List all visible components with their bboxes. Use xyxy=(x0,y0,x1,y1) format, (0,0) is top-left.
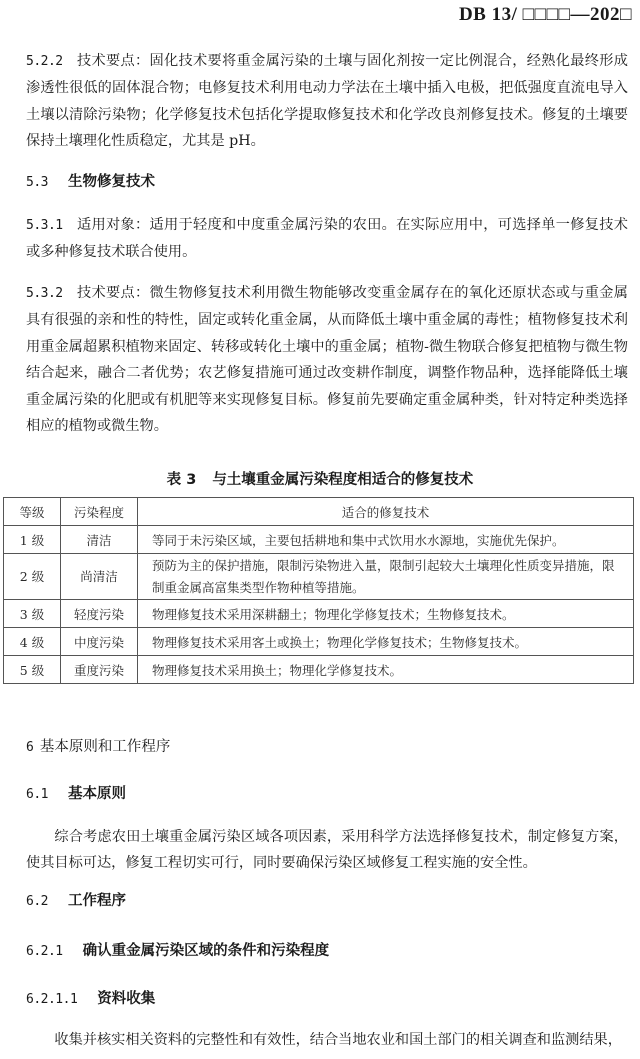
table-row: 5 级 重度污染 物理修复技术采用换土；物理化学修复技术。 xyxy=(4,656,634,684)
clause-5-3-2: 5.3.2技术要点：微生物修复技术利用微生物能够改变重金属存在的氧化还原状态或与… xyxy=(26,280,628,439)
section-number: 6.2 xyxy=(26,894,48,909)
section-title: 工作程序 xyxy=(68,893,126,909)
table-title: 与土壤重金属污染程度相适合的修复技术 xyxy=(212,472,473,488)
cell-grade: 1 级 xyxy=(4,526,61,554)
cell-grade: 3 级 xyxy=(4,600,61,628)
clause-text: 技术要点：固化技术要将重金属污染的土壤与固化剂按一定比例混合，经熟化最终形成渗透… xyxy=(26,53,628,149)
cell-technology: 等同于未污染区域，主要包括耕地和集中式饮用水水源地，实施优先保护。 xyxy=(138,526,634,554)
section-6-2-heading: 6.2工作程序 xyxy=(26,889,126,910)
cell-level: 尚清洁 xyxy=(61,554,138,600)
table-row: 2 级 尚清洁 预防为主的保护措施，限制污染物进入量，限制引起较大土壤理化性质变… xyxy=(4,554,634,600)
section-number: 5.3 xyxy=(26,175,48,190)
section-number: 6.2.1 xyxy=(26,944,63,959)
section-title: 基本原则 xyxy=(68,786,126,802)
cell-level: 重度污染 xyxy=(61,656,138,684)
section-5-3-heading: 5.3生物修复技术 xyxy=(26,170,155,191)
table-row: 1 级 清洁 等同于未污染区域，主要包括耕地和集中式饮用水水源地，实施优先保护。 xyxy=(4,526,634,554)
table-row: 4 级 中度污染 物理修复技术采用客土或换土；物理化学修复技术；生物修复技术。 xyxy=(4,628,634,656)
paragraph-6-1: 综合考虑农田土壤重金属污染区域各项因素，采用科学方法选择修复技术，制定修复方案，… xyxy=(26,824,628,877)
table-number: 表 3 xyxy=(167,472,197,488)
header-pollution-level: 污染程度 xyxy=(61,498,138,526)
chapter-6-heading: 6基本原则和工作程序 xyxy=(26,735,170,756)
section-number: 6.2.1.1 xyxy=(26,992,77,1007)
clause-number: 5.2.2 xyxy=(26,54,63,69)
cell-level: 清洁 xyxy=(61,526,138,554)
cell-level: 轻度污染 xyxy=(61,600,138,628)
chapter-number: 6 xyxy=(26,740,34,755)
table-header-row: 等级 污染程度 适合的修复技术 xyxy=(4,498,634,526)
cell-grade: 4 级 xyxy=(4,628,61,656)
clause-number: 5.3.2 xyxy=(26,286,63,301)
header-grade: 等级 xyxy=(4,498,61,526)
clause-5-3-1: 5.3.1适用对象：适用于轻度和中度重金属污染的农田。在实际应用中，可选择单一修… xyxy=(26,212,628,266)
table-caption: 表 3与土壤重金属污染程度相适合的修复技术 xyxy=(0,468,640,489)
clause-number: 5.3.1 xyxy=(26,218,63,233)
cell-technology: 物理修复技术采用深耕翻土；物理化学修复技术；生物修复技术。 xyxy=(138,600,634,628)
document-code-header: DB 13/ □□□□—202□ xyxy=(459,4,632,26)
section-6-2-1-1-heading: 6.2.1.1资料收集 xyxy=(26,987,155,1008)
cell-grade: 2 级 xyxy=(4,554,61,600)
clause-5-2-2: 5.2.2技术要点：固化技术要将重金属污染的土壤与固化剂按一定比例混合，经熟化最… xyxy=(26,48,628,155)
header-technology: 适合的修复技术 xyxy=(138,498,634,526)
chapter-title: 基本原则和工作程序 xyxy=(40,739,171,755)
section-6-2-1-heading: 6.2.1确认重金属污染区域的条件和污染程度 xyxy=(26,939,329,960)
section-title: 资料收集 xyxy=(97,991,155,1007)
paragraph-6-2-1-1: 收集并核实相关资料的完整性和有效性，结合当地农业和国土部门的相关调查和监测结果， xyxy=(26,1027,628,1053)
section-number: 6.1 xyxy=(26,787,48,802)
cell-technology: 预防为主的保护措施，限制污染物进入量，限制引起较大土壤理化性质变异措施，限制重金… xyxy=(138,554,634,600)
table-row: 3 级 轻度污染 物理修复技术采用深耕翻土；物理化学修复技术；生物修复技术。 xyxy=(4,600,634,628)
cell-grade: 5 级 xyxy=(4,656,61,684)
clause-text: 适用对象：适用于轻度和中度重金属污染的农田。在实际应用中，可选择单一修复技术或多… xyxy=(26,217,628,260)
remediation-technology-table: 等级 污染程度 适合的修复技术 1 级 清洁 等同于未污染区域，主要包括耕地和集… xyxy=(3,497,634,684)
clause-text: 技术要点：微生物修复技术利用微生物能够改变重金属存在的氧化还原状态或与重金属具有… xyxy=(26,285,628,434)
section-title: 确认重金属污染区域的条件和污染程度 xyxy=(83,943,330,959)
section-6-1-heading: 6.1基本原则 xyxy=(26,782,126,803)
section-title: 生物修复技术 xyxy=(68,174,155,190)
cell-technology: 物理修复技术采用客土或换土；物理化学修复技术；生物修复技术。 xyxy=(138,628,634,656)
cell-level: 中度污染 xyxy=(61,628,138,656)
cell-technology: 物理修复技术采用换土；物理化学修复技术。 xyxy=(138,656,634,684)
